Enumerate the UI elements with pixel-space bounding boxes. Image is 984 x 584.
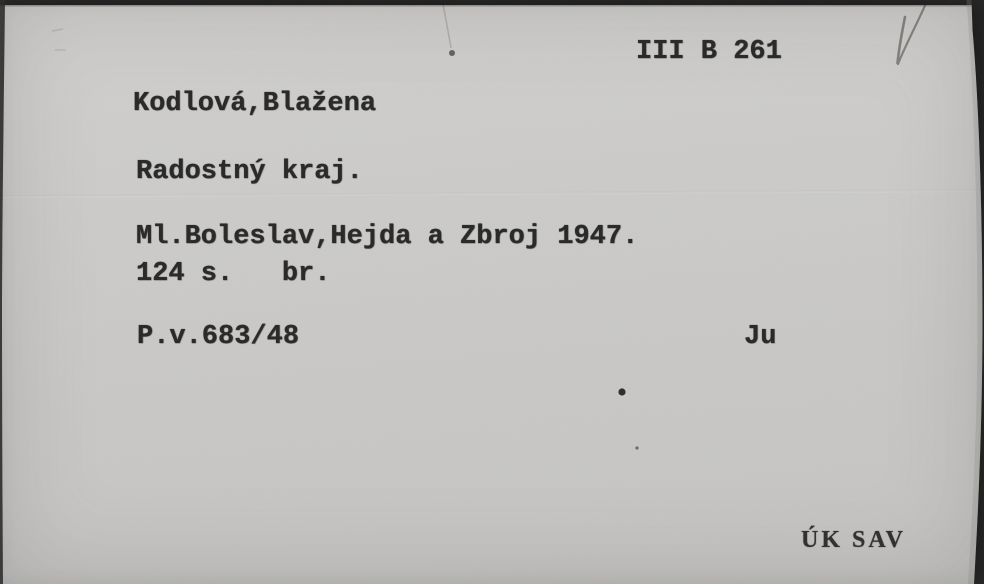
author-heading: Kodlová,Blažena — [133, 91, 376, 118]
imprint-line: Ml.Boleslav,Hejda a Zbroj 1947. — [136, 224, 638, 251]
scan-edges — [0, 0, 984, 584]
scan-grain — [0, 0, 984, 584]
accession-number: P.v.683/48 — [137, 324, 299, 351]
right-edge-shadow — [967, 0, 983, 584]
scan-vignette — [0, 0, 984, 584]
left-edge — [0, 0, 5, 584]
ink-dot-icon — [618, 388, 625, 395]
pencil-scratch-icon — [443, 4, 455, 56]
top-edge-soft — [0, 5, 984, 7]
cataloger-initials: Ju — [744, 324, 776, 351]
library-sigla-stamp: ÚK SAV — [801, 528, 906, 552]
title-line: Radostný kraj. — [136, 159, 363, 186]
call-number: III B 261 — [636, 39, 782, 66]
catalog-card: III B 261 Kodlová,Blažena Radostný kraj.… — [0, 0, 984, 584]
incidental-marks — [0, 0, 984, 584]
pencil-checkmark-icon — [898, 1, 928, 64]
top-edge — [0, 0, 984, 5]
small-speck-icon — [635, 446, 638, 449]
collation-line: 124 s. br. — [136, 261, 330, 288]
right-edge — [972, 0, 984, 584]
corner-smudge-icon — [52, 29, 66, 50]
paper-crease — [0, 189, 984, 198]
